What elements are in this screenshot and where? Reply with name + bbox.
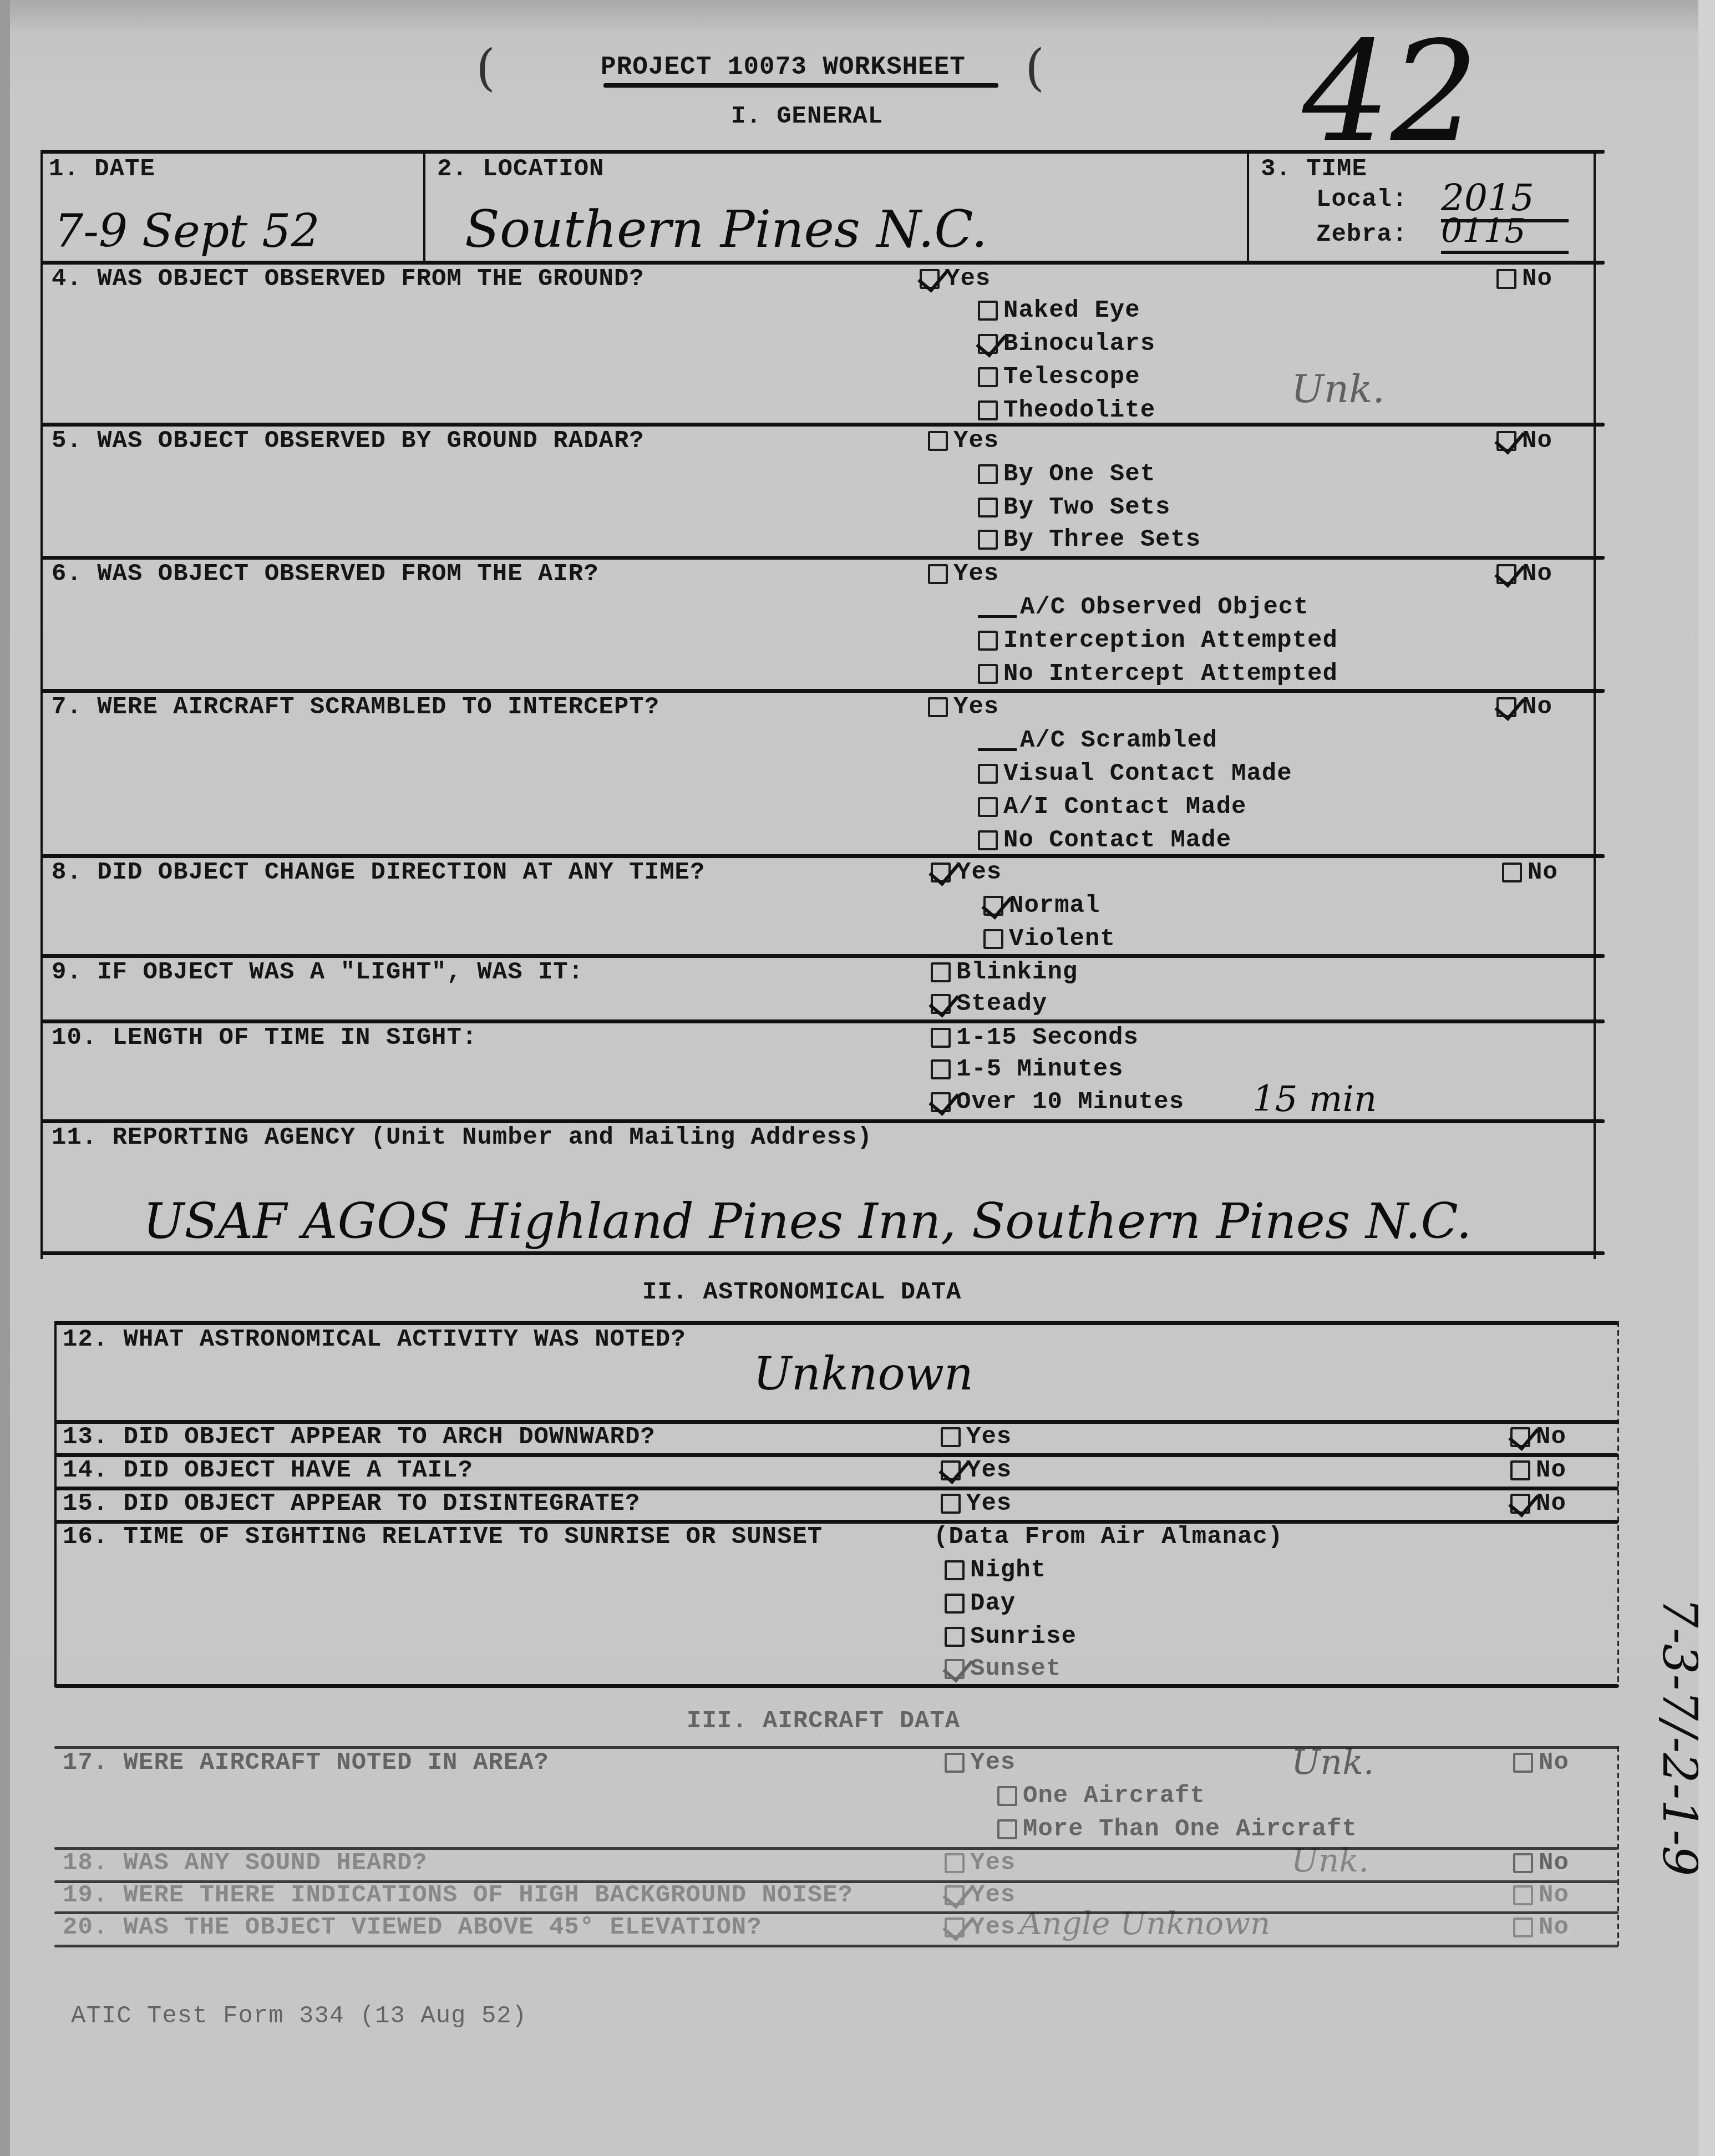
location-label: 2. LOCATION: [437, 155, 604, 183]
q13-question: 13. DID OBJECT APPEAR TO ARCH DOWNWARD?: [63, 1423, 656, 1451]
checkbox-empty-icon: [978, 400, 998, 420]
checkbox-empty-icon: [1502, 863, 1522, 882]
checkbox-empty-icon: [945, 1753, 965, 1773]
form-right-border: [1617, 1321, 1619, 1687]
q6-no-label: No: [1522, 560, 1552, 588]
option-label: Sunset: [970, 1655, 1061, 1683]
q8-question: 8. DID OBJECT CHANGE DIRECTION AT ANY TI…: [52, 859, 705, 886]
q4-note: Unk.: [1291, 366, 1385, 412]
divider: [1247, 150, 1249, 261]
q4-yes-checkbox[interactable]: Yes: [920, 265, 991, 293]
rule: [40, 1019, 1605, 1023]
title-underline: [603, 83, 998, 88]
checkbox-empty-icon: [978, 530, 998, 550]
checkbox-checked-icon: [1496, 564, 1516, 584]
checkbox-checked-icon: [945, 1885, 965, 1905]
option-label: By Two Sets: [1003, 494, 1170, 521]
q8-violent-checkbox[interactable]: Violent: [983, 925, 1115, 953]
option-label: Theodolite: [1003, 397, 1155, 424]
date-value[interactable]: 7-9 Sept 52: [54, 205, 320, 258]
divider: [423, 150, 425, 261]
q7-yes-label: Yes: [953, 693, 999, 721]
q8-normal-checkbox[interactable]: Normal: [983, 892, 1100, 920]
option-label: Telescope: [1003, 363, 1140, 391]
date-label: 1. DATE: [49, 155, 155, 183]
checkbox-empty-icon: [945, 1560, 965, 1580]
rule: [40, 954, 1605, 958]
rule: [54, 1684, 1618, 1688]
checkbox-checked-icon: [978, 334, 998, 354]
q13-no-label: No: [1536, 1423, 1566, 1451]
option-label: Steady: [956, 990, 1047, 1018]
q12-question: 12. WHAT ASTRONOMICAL ACTIVITY WAS NOTED…: [63, 1326, 686, 1353]
option-label: By Three Sets: [1003, 526, 1201, 554]
q5-yes-label: Yes: [953, 427, 999, 455]
q7-no-label: No: [1522, 693, 1552, 721]
checkbox-checked-icon: [931, 863, 951, 882]
q6-no-checkbox[interactable]: No: [1496, 560, 1552, 588]
handwritten-page-number: 42: [1302, 11, 1479, 173]
q17-yes-checkbox[interactable]: Yes: [945, 1749, 1016, 1777]
q17-no-checkbox[interactable]: No: [1513, 1749, 1569, 1777]
rule: [40, 150, 1605, 154]
q6-interception-attempted-checkbox[interactable]: Interception Attempted: [978, 627, 1338, 655]
checkbox-empty-icon: [978, 498, 998, 518]
q20-note: Angle Unknown: [1019, 1906, 1270, 1942]
option-label: Naked Eye: [1003, 297, 1140, 324]
q13-yes-checkbox[interactable]: Yes: [941, 1423, 1012, 1451]
q4-question: 4. WAS OBJECT OBSERVED FROM THE GROUND?: [52, 265, 645, 293]
q15-question: 15. DID OBJECT APPEAR TO DISINTEGRATE?: [63, 1490, 640, 1518]
checkbox-empty-icon: [978, 797, 998, 817]
option-label: Day: [970, 1590, 1016, 1617]
q4-yes-label: Yes: [945, 265, 991, 293]
q5-yes-checkbox[interactable]: Yes: [928, 427, 999, 455]
q6-yes-checkbox[interactable]: Yes: [928, 560, 999, 588]
section-heading-general: I. GENERAL: [731, 103, 883, 130]
checkbox-checked-icon: [945, 1659, 965, 1679]
rule: [40, 1119, 1605, 1123]
q7-no-contact-checkbox[interactable]: No Contact Made: [978, 826, 1231, 854]
checkbox-checked-icon: [1510, 1427, 1530, 1447]
option-label: No Contact Made: [1003, 826, 1231, 854]
q17-no-label: No: [1539, 1749, 1569, 1777]
form-right-border: [1617, 1746, 1619, 1946]
checkbox-empty-icon: [945, 1627, 965, 1647]
checkbox-empty-icon: [941, 1427, 961, 1447]
checkbox-empty-icon: [1496, 269, 1516, 289]
checkbox-empty-icon: [928, 697, 948, 717]
option-label: Normal: [1009, 892, 1100, 920]
form-footer: ATIC Test Form 334 (13 Aug 52): [71, 2002, 527, 2030]
checkbox-empty-icon: [983, 929, 1003, 949]
section-heading-aircraft: III. AIRCRAFT DATA: [687, 1707, 960, 1735]
q5-one-set-checkbox[interactable]: By One Set: [978, 460, 1155, 488]
checkbox-empty-icon: [978, 367, 998, 387]
scan-left-edge: [0, 0, 10, 2156]
q14-no-checkbox[interactable]: No: [1510, 1457, 1566, 1484]
rule: [54, 1321, 1618, 1325]
q20-no-label: No: [1539, 1914, 1569, 1941]
q5-no-checkbox[interactable]: No: [1496, 427, 1552, 455]
checkbox-empty-icon: [928, 564, 948, 584]
option-label: Blinking: [956, 958, 1078, 986]
option-label: A/C Scrambled: [1020, 727, 1217, 754]
q10-over-10-minutes-checkbox[interactable]: Over 10 Minutes: [931, 1088, 1184, 1116]
rule: [40, 556, 1605, 560]
rule: [40, 1251, 1605, 1255]
option-label: Violent: [1009, 925, 1115, 953]
checkbox-empty-icon: [978, 631, 998, 651]
q19-yes-checkbox[interactable]: Yes: [945, 1881, 1016, 1909]
q9-blinking-checkbox[interactable]: Blinking: [931, 958, 1078, 986]
option-label: One Aircraft: [1023, 1782, 1205, 1810]
checkbox-empty-icon: [1513, 1853, 1533, 1873]
option-label: More Than One Aircraft: [1023, 1815, 1357, 1843]
q14-question: 14. DID OBJECT HAVE A TAIL?: [63, 1457, 473, 1484]
checkbox-checked-icon: [1510, 1494, 1530, 1514]
checkbox-empty-icon: [978, 464, 998, 484]
q7-no-checkbox[interactable]: No: [1496, 693, 1552, 721]
q19-question: 19. WERE THERE INDICATIONS OF HIGH BACKG…: [63, 1881, 853, 1909]
checkbox-checked-icon: [920, 269, 940, 289]
form-right-border: [1594, 150, 1596, 1259]
q20-no-checkbox[interactable]: No: [1513, 1914, 1569, 1941]
q6-no-intercept-checkbox[interactable]: No Intercept Attempted: [978, 660, 1338, 688]
q14-yes-label: Yes: [966, 1457, 1012, 1484]
q19-no-checkbox[interactable]: No: [1513, 1881, 1569, 1909]
checkbox-checked-icon: [1496, 431, 1516, 451]
q11-question: 11. REPORTING AGENCY (Unit Number and Ma…: [52, 1124, 872, 1151]
option-label: By One Set: [1003, 460, 1155, 488]
section-heading-astronomical: II. ASTRONOMICAL DATA: [642, 1279, 962, 1306]
q18-no-checkbox[interactable]: No: [1513, 1849, 1569, 1877]
checkbox-checked-icon: [1496, 697, 1516, 717]
option-label: A/I Contact Made: [1003, 793, 1246, 821]
rule: [54, 1945, 1618, 1947]
checkbox-empty-icon: [941, 1494, 961, 1514]
location-value[interactable]: Southern Pines N.C.: [465, 200, 988, 259]
q20-question: 20. WAS THE OBJECT VIEWED ABOVE 45° ELEV…: [63, 1914, 762, 1941]
option-label: Over 10 Minutes: [956, 1088, 1184, 1116]
q18-yes-checkbox[interactable]: Yes: [945, 1849, 1016, 1877]
q11-value[interactable]: USAF AGOS Highland Pines Inn, Southern P…: [143, 1193, 1472, 1250]
option-label: Binoculars: [1003, 330, 1155, 358]
option-label: Visual Contact Made: [1003, 760, 1292, 788]
q15-no-checkbox[interactable]: No: [1510, 1490, 1566, 1518]
checkbox-empty-icon: [997, 1819, 1017, 1839]
rule: [40, 854, 1605, 858]
bracket-left: (: [476, 39, 495, 97]
checkbox-checked-icon: [931, 1092, 951, 1112]
q4-naked-eye-checkbox[interactable]: Naked Eye: [978, 297, 1140, 324]
q10-note: 15 min: [1252, 1079, 1377, 1120]
q15-yes-label: Yes: [966, 1490, 1012, 1518]
q15-yes-checkbox[interactable]: Yes: [941, 1490, 1012, 1518]
document-title: PROJECT 10073 WORKSHEET: [601, 53, 966, 82]
q15-no-label: No: [1536, 1490, 1566, 1518]
checkbox-empty-icon: [931, 1059, 951, 1079]
checkbox-empty-icon: [945, 1853, 965, 1873]
q8-no-checkbox[interactable]: No: [1502, 859, 1558, 886]
blank-line: [978, 748, 1017, 751]
q17-one-aircraft-checkbox[interactable]: One Aircraft: [997, 1782, 1205, 1810]
q4-no-label: No: [1522, 265, 1552, 293]
checkbox-empty-icon: [1513, 1753, 1533, 1773]
form-left-border: [40, 150, 43, 1259]
q13-no-checkbox[interactable]: No: [1510, 1423, 1566, 1451]
q6-yes-label: Yes: [953, 560, 999, 588]
option-label: 1-15 Seconds: [956, 1024, 1139, 1052]
scan-right-edge: [1698, 0, 1715, 2156]
q7-yes-checkbox[interactable]: Yes: [928, 693, 999, 721]
q20-yes-label: Yes: [970, 1914, 1016, 1941]
checkbox-empty-icon: [978, 301, 998, 321]
checkbox-empty-icon: [978, 664, 998, 684]
q5-question: 5. WAS OBJECT OBSERVED BY GROUND RADAR?: [52, 427, 645, 455]
q14-no-label: No: [1536, 1457, 1566, 1484]
q18-question: 18. WAS ANY SOUND HEARD?: [63, 1849, 428, 1877]
q10-1-5-minutes-checkbox[interactable]: 1-5 Minutes: [931, 1056, 1123, 1083]
zebra-time-label: Zebra:: [1316, 221, 1407, 248]
q5-two-sets-checkbox[interactable]: By Two Sets: [978, 494, 1170, 521]
q4-telescope-checkbox[interactable]: Telescope: [978, 363, 1140, 391]
q5-three-sets-checkbox[interactable]: By Three Sets: [978, 526, 1201, 554]
q12-value[interactable]: Unknown: [753, 1348, 973, 1401]
q7-ai-contact-checkbox[interactable]: A/I Contact Made: [978, 793, 1246, 821]
q9-steady-checkbox[interactable]: Steady: [931, 990, 1047, 1018]
checkbox-empty-icon: [1510, 1460, 1530, 1480]
worksheet-page: PROJECT 10073 WORKSHEET ( ( 42 I. GENERA…: [10, 0, 1702, 2156]
q18-no-label: No: [1539, 1849, 1569, 1877]
checkbox-checked-icon: [983, 896, 1003, 916]
option-label: A/C Observed Object: [1020, 593, 1309, 621]
q7-question: 7. WERE AIRCRAFT SCRAMBLED TO INTERCEPT?: [52, 693, 659, 721]
q19-yes-label: Yes: [970, 1881, 1016, 1909]
q13-yes-label: Yes: [966, 1423, 1012, 1451]
rule: [40, 689, 1605, 693]
checkbox-empty-icon: [1513, 1917, 1533, 1937]
q6-ac-observed-blank[interactable]: A/C Observed Object: [978, 593, 1309, 621]
checkbox-checked-icon: [931, 994, 951, 1014]
q8-yes-label: Yes: [956, 859, 1002, 886]
option-label: 1-5 Minutes: [956, 1056, 1123, 1083]
q14-yes-checkbox[interactable]: Yes: [941, 1457, 1012, 1484]
q4-no-checkbox[interactable]: No: [1496, 265, 1552, 293]
q7-ac-scrambled-blank[interactable]: A/C Scrambled: [978, 727, 1217, 754]
q16-source: (Data From Air Almanac): [933, 1523, 1283, 1551]
q8-yes-checkbox[interactable]: Yes: [931, 859, 1002, 886]
checkbox-empty-icon: [945, 1594, 965, 1614]
time-label: 3. TIME: [1261, 155, 1367, 183]
q4-theodolite-checkbox[interactable]: Theodolite: [978, 397, 1155, 424]
checkbox-empty-icon: [931, 1028, 951, 1048]
q4-binoculars-checkbox[interactable]: Binoculars: [978, 330, 1155, 358]
checkbox-empty-icon: [1513, 1885, 1533, 1905]
q8-no-label: No: [1528, 859, 1558, 886]
q7-visual-contact-checkbox[interactable]: Visual Contact Made: [978, 760, 1292, 788]
bracket-right: (: [1025, 39, 1044, 97]
q18-note: Unk.: [1291, 1842, 1369, 1879]
checkbox-empty-icon: [978, 830, 998, 850]
zebra-time-value[interactable]: 0115: [1441, 212, 1569, 254]
q18-yes-label: Yes: [970, 1849, 1016, 1877]
q16-question: 16. TIME OF SIGHTING RELATIVE TO SUNRISE…: [63, 1523, 823, 1551]
q10-1-15-seconds-checkbox[interactable]: 1-15 Seconds: [931, 1024, 1139, 1052]
form-left-border: [54, 1321, 57, 1687]
option-label: No Intercept Attempted: [1003, 660, 1338, 688]
checkbox-empty-icon: [978, 764, 998, 784]
checkbox-checked-icon: [945, 1917, 965, 1937]
q16-day-checkbox[interactable]: Day: [945, 1590, 1016, 1617]
q17-more-than-one-checkbox[interactable]: More Than One Aircraft: [997, 1815, 1357, 1843]
q16-sunrise-checkbox[interactable]: Sunrise: [945, 1623, 1077, 1651]
q10-question: 10. LENGTH OF TIME IN SIGHT:: [52, 1024, 477, 1052]
option-label: Sunrise: [970, 1623, 1077, 1651]
checkbox-checked-icon: [941, 1460, 961, 1480]
rule: [40, 261, 1605, 265]
q16-sunset-checkbox[interactable]: Sunset: [945, 1655, 1061, 1683]
q9-question: 9. IF OBJECT WAS A "LIGHT", WAS IT:: [52, 958, 583, 986]
q17-note: Unk.: [1291, 1742, 1374, 1782]
checkbox-empty-icon: [928, 431, 948, 451]
q6-question: 6. WAS OBJECT OBSERVED FROM THE AIR?: [52, 560, 599, 588]
q17-question: 17. WERE AIRCRAFT NOTED IN AREA?: [63, 1749, 549, 1777]
checkbox-empty-icon: [931, 962, 951, 982]
option-label: Night: [970, 1556, 1046, 1584]
local-time-label: Local:: [1316, 186, 1407, 214]
q17-yes-label: Yes: [970, 1749, 1016, 1777]
q20-yes-checkbox[interactable]: Yes: [945, 1914, 1016, 1941]
q16-night-checkbox[interactable]: Night: [945, 1556, 1046, 1584]
checkbox-empty-icon: [997, 1786, 1017, 1806]
option-label: Interception Attempted: [1003, 627, 1338, 655]
q19-no-label: No: [1539, 1881, 1569, 1909]
blank-line: [978, 615, 1017, 618]
q5-no-label: No: [1522, 427, 1552, 455]
rule: [40, 423, 1605, 427]
